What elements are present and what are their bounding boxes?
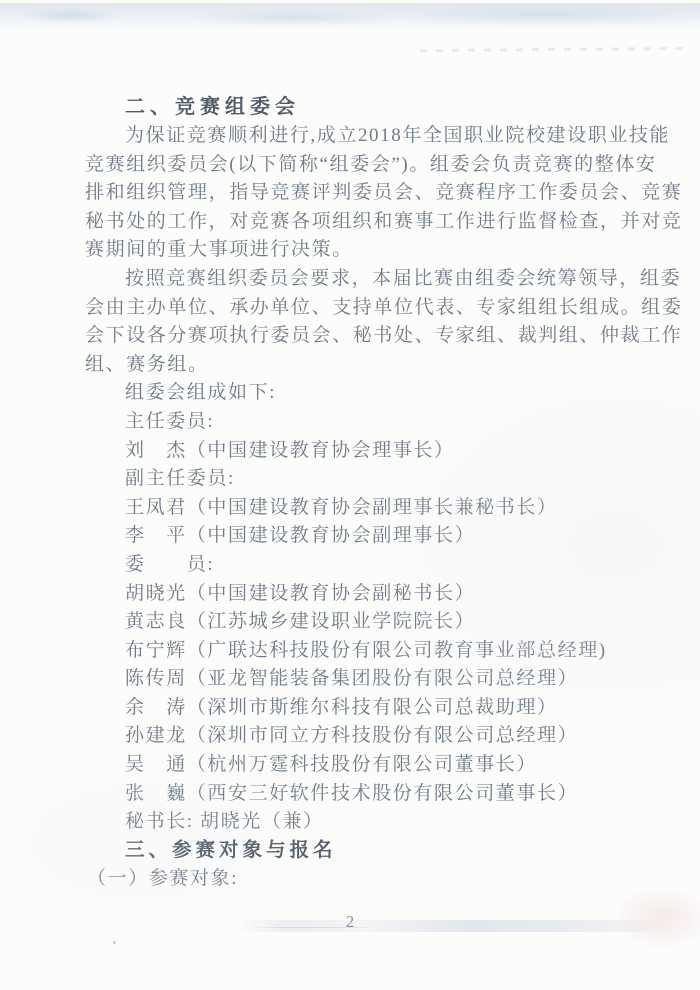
roster-member-line: 黄志良（江苏城乡建设职业学院院长） — [85, 608, 645, 637]
roster-member-line: 余 涛（深圳市斯维尔科技有限公司总裁助理） — [85, 694, 645, 723]
scan-artifact-speck — [113, 941, 116, 944]
roster-role-label: 委 员: — [85, 551, 645, 580]
roster-member-line: 陈传周（亚龙智能装备集团股份有限公司总经理） — [85, 665, 645, 694]
paragraph-1-line: 秘书处的工作，对竞赛各项组织和赛事工作进行监督检查，并对竞 — [85, 208, 645, 237]
section-2-heading: 二、竞赛组委会 — [85, 89, 645, 122]
scanned-document-page: 二、竞赛组委会 为保证竞赛顺利进行,成立2018年全国职业院校建设职业技能 竞赛… — [0, 0, 700, 990]
committee-intro-line: 组委会组成如下: — [85, 379, 645, 408]
paragraph-1-line: 竞赛组织委员会(以下简称“组委会”)。组委会负责竞赛的整体安 — [85, 151, 645, 180]
section-3-subitem-line: （一）参赛对象: — [85, 865, 645, 894]
roster-member-line: 吴 通（杭州万霆科技股份有限公司董事长） — [85, 751, 645, 780]
roster-member-line: 布宁辉（广联达科技股份有限公司教育事业部总经理) — [85, 637, 645, 666]
document-body: 二、竞赛组委会 为保证竞赛顺利进行,成立2018年全国职业院校建设职业技能 竞赛… — [85, 89, 645, 894]
roster-role-label: 副主任委员: — [85, 465, 645, 494]
section-3-heading: 三、参赛对象与报名 — [85, 837, 645, 866]
paragraph-1-line: 赛期间的重大事项进行决策。 — [85, 236, 645, 265]
roster-member-line: 张 巍（西安三好软件技术股份有限公司董事长） — [85, 780, 645, 809]
roster-role-label: 主任委员: — [85, 408, 645, 437]
scan-artifact-top-band — [0, 3, 700, 31]
paragraph-2-line: 会下设各分赛项执行委员会、秘书处、专家组、裁判组、仲裁工作 — [85, 322, 645, 351]
roster-member-line: 刘 杰（中国建设教育协会理事长） — [85, 437, 645, 466]
paragraph-2-line: 按照竞赛组织委员会要求，本届比赛由组委会统筹领导，组委 — [85, 265, 645, 294]
roster-member-line: 孙建龙（深圳市同立方科技股份有限公司总经理） — [85, 722, 645, 751]
roster-secretary-line: 秘书长: 胡晓光（兼） — [85, 808, 645, 837]
paragraph-2-line: 会由主办单位、承办单位、支持单位代表、专家组组长组成。组委 — [85, 294, 645, 323]
roster-member-line: 李 平（中国建设教育协会副理事长） — [85, 522, 645, 551]
roster-member-line: 王凤君（中国建设教育协会副理事长兼秘书长） — [85, 494, 645, 523]
paragraph-1-line: 排和组织管理，指导竞赛评判委员会、竞赛程序工作委员会、竞赛 — [85, 179, 645, 208]
paragraph-2-line: 组、赛务组。 — [85, 351, 645, 380]
scan-artifact-top-right-streak — [420, 47, 690, 52]
page-number: 2 — [0, 910, 700, 934]
roster-member-line: 胡晓光（中国建设教育协会副秘书长） — [85, 580, 645, 609]
paragraph-1-line: 为保证竞赛顺利进行,成立2018年全国职业院校建设职业技能 — [85, 122, 645, 151]
